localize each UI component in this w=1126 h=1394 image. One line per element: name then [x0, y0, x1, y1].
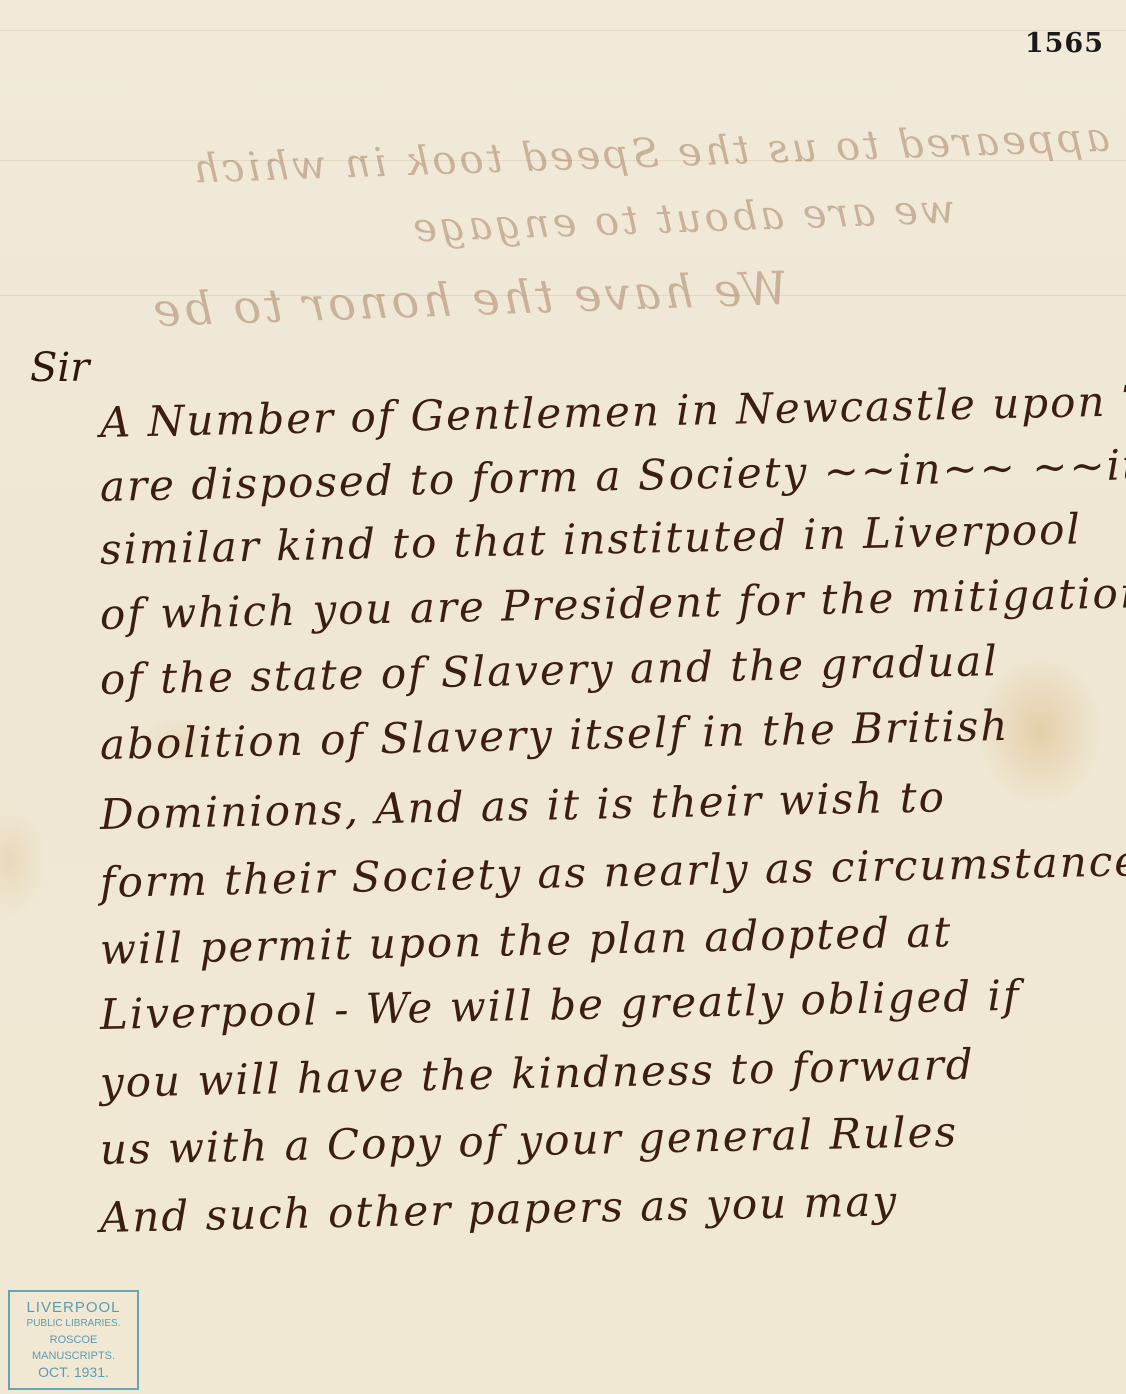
stamp-line: OCT. 1931. [10, 1364, 137, 1380]
fold-line [0, 30, 1126, 31]
library-stamp: LIVERPOOL PUBLIC LIBRARIES. ROSCOE MANUS… [8, 1290, 139, 1390]
stamp-line: MANUSCRIPTS. [10, 1348, 137, 1364]
stamp-line: ROSCOE [10, 1332, 137, 1348]
stamp-line: LIVERPOOL [10, 1300, 137, 1316]
folio-number: 1565 [1025, 28, 1104, 59]
stamp-line: PUBLIC LIBRARIES. [10, 1316, 137, 1332]
salutation: Sir [30, 345, 89, 391]
